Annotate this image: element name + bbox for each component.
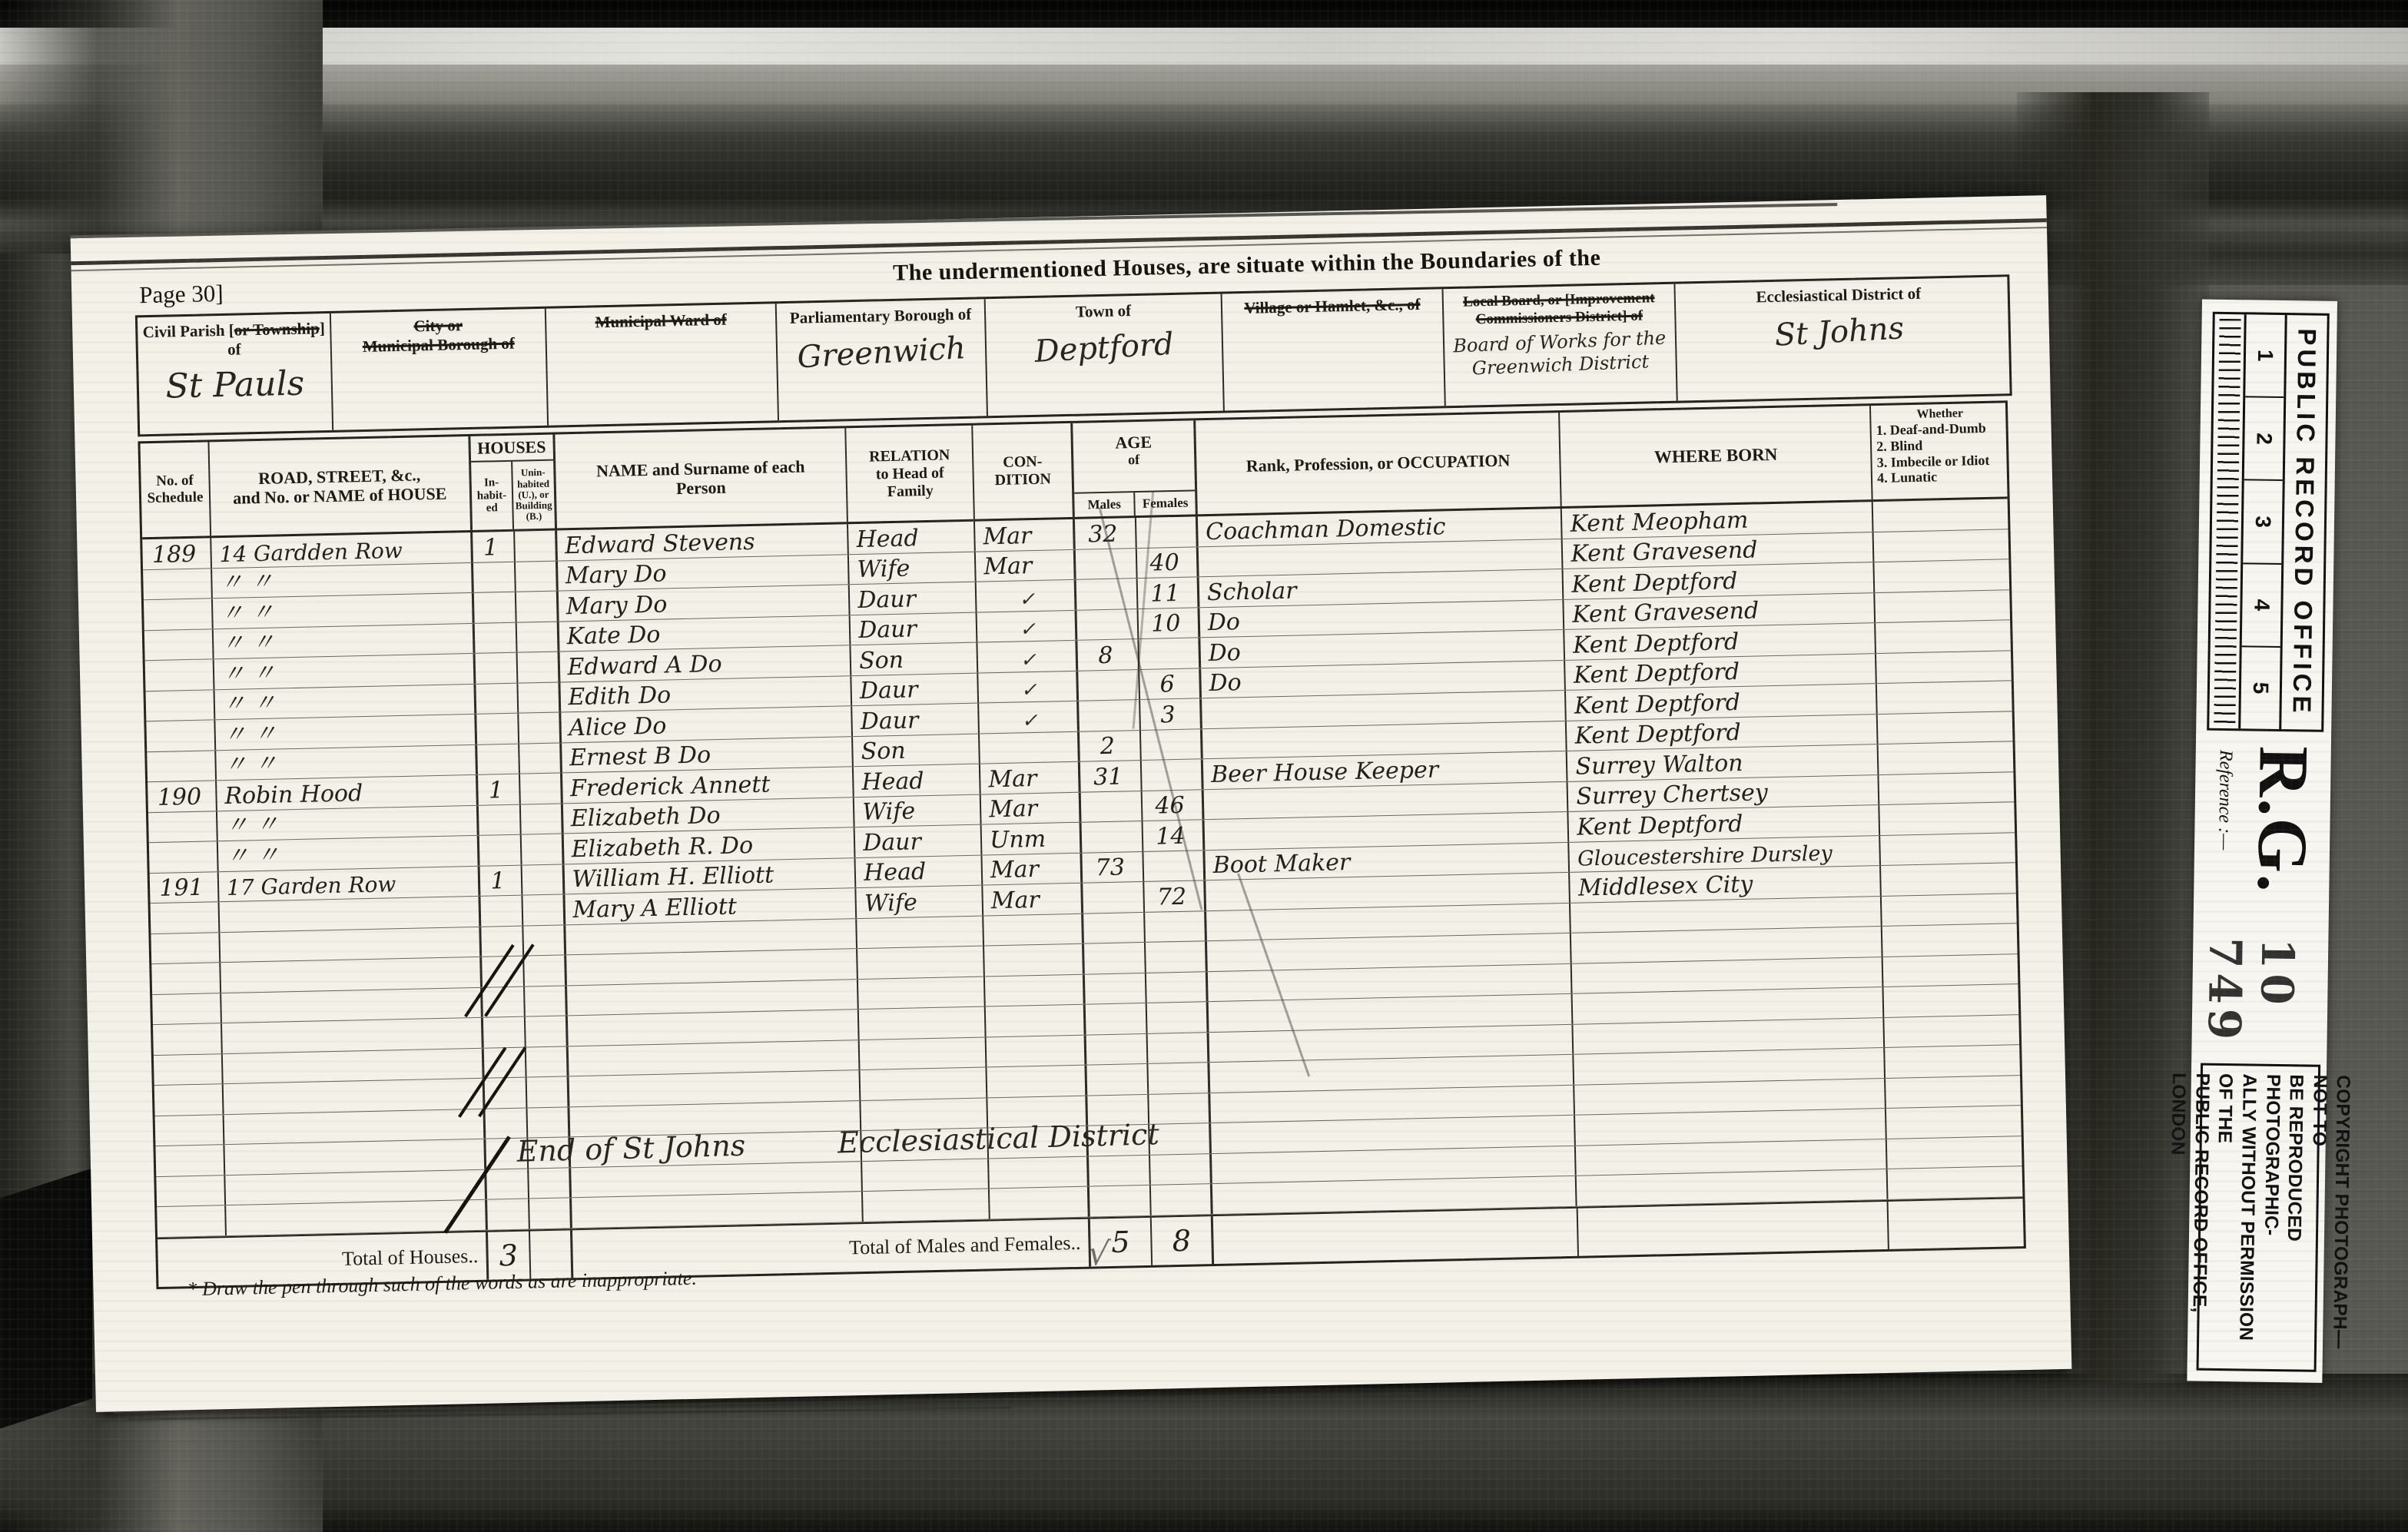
cell-schedule [147,751,217,781]
field-city-borough: City or Municipal Borough of [331,309,549,430]
series-code: R.G. [2241,745,2325,894]
totals-blank [1213,1208,1579,1263]
field-value-handwritten: Board of Works for theGreenwich District [1444,326,1676,381]
cell-schedule [144,599,214,629]
header-females: Females [1136,491,1196,516]
cell-age-male [1076,579,1139,609]
cell-schedule: 189 [142,538,212,569]
field-town: Town of Deptford [986,294,1225,416]
household-separator-slash [473,1039,566,1126]
cell-age-female [1143,851,1206,881]
header-relation: RELATION to Head of Family [847,426,975,522]
cell-infirmity [1879,802,2015,834]
cell-condition: Mar [983,884,1083,915]
header-text: of [1128,452,1139,468]
cell-condition: ✓ [979,701,1080,733]
cell-schedule [146,690,216,721]
census-document: Page 30] The undermentioned Houses, are … [71,195,2072,1412]
cell-uninhabited [515,531,558,562]
cell-condition: ✓ [977,580,1077,612]
cell-condition: Mar [981,792,1082,824]
header-text: RELATION [869,446,950,466]
cell-schedule: 191 [150,872,220,903]
ruler-number: 1 [2245,314,2285,398]
cell-uninhabited [517,652,560,682]
totals-blank [1889,1199,2024,1249]
field-label-struck: Municipal Ward of [546,309,775,333]
cell-relation: Wife [854,794,982,827]
census-scan-page: { "colors":{"paper":"#f3f1e8","film_dark… [0,0,2408,1532]
pro-reference-stamp: PUBLIC RECORD OFFICE 1 2 3 4 5 R.G. 10 7… [2187,300,2337,1383]
header-text: Schedule [147,489,203,507]
header-text: NAME and Surname of each [596,456,805,480]
header-text: CON- [1003,453,1043,472]
header-age: AGE of Males Females [1073,420,1197,516]
ruler-ticks [2214,319,2241,724]
cell-inhabited [476,714,519,744]
field-label-struck: Village or Hamlet, &c., of [1222,294,1442,318]
ruler-number: 4 [2242,564,2282,648]
header-road: ROAD, STREET, &c., and No. or NAME of HO… [209,436,472,536]
cell-schedule [149,841,219,872]
total-females-value: 8 [1152,1216,1214,1265]
field-label: Ecclesiastical District of [1676,282,2002,308]
ruler-number: 3 [2243,481,2283,565]
cell-relation: Son [851,643,979,675]
cell-condition: Mar [975,519,1076,551]
field-value-handwritten: Deptford [986,323,1222,372]
cell-road: 〃 〃 [216,744,477,780]
cell-uninhabited [522,864,565,895]
field-label-struck: or Township [234,319,320,339]
field-value-handwritten: St Johns [1676,305,2003,359]
cell-age-male [1078,670,1140,701]
header-occupation: Rank, Profession, or OCCUPATION [1196,413,1562,514]
header-condition: CON- DITION [973,423,1075,519]
cell-schedule [148,811,218,842]
totals-blank [1577,1201,1889,1255]
film-corner-wedge [0,1169,92,1429]
header-text: Person [676,478,726,499]
cell-schedule [151,902,221,933]
cell-relation: Head [848,522,976,554]
film-top-black-band [0,0,2408,28]
cell-relation: Wife [857,886,984,918]
cell-condition: ✓ [978,641,1079,672]
cell-condition: ✓ [978,671,1079,702]
piece-number: 10 749 [2197,937,2304,1054]
cell-age-male: 73 [1082,851,1144,882]
cell-uninhabited [516,561,559,592]
field-label: Parliamentary Borough of [777,304,984,328]
cell-infirmity [1876,620,2011,652]
cell-infirmity [1876,651,2012,683]
cell-uninhabited [519,743,562,774]
header-infirmity-item: 4. Lunatic [1877,468,2005,486]
cell-age-female [1142,759,1204,790]
cell-inhabited [479,804,522,835]
field-value-handwritten: Greenwich [777,330,986,376]
cell-uninhabited [520,804,563,834]
cell-relation: Daur [850,582,977,615]
cell-age-female [1139,638,1201,668]
cell-condition: Unm [982,823,1083,854]
field-label: Civil Parish [ [142,321,234,342]
pro-ruler-numbers: 1 2 3 4 5 [2238,314,2285,729]
field-parliamentary-borough: Parliamentary Borough of Greenwich [777,299,988,420]
cell-schedule [144,629,214,660]
header-text: No. of [156,473,194,490]
pro-office-label: PUBLIC RECORD OFFICE [2279,315,2327,730]
cell-inhabited: 1 [479,865,522,896]
cell-infirmity [1875,590,2010,622]
cell-age-male [1082,821,1144,852]
field-municipal-ward: Municipal Ward of [546,303,779,426]
cell-condition: Mar [980,762,1081,794]
cell-age-male [1083,882,1145,913]
cell-uninhabited [516,591,559,622]
header-males: Males [1074,492,1136,517]
cell-age-female: 11 [1138,577,1200,608]
cell-relation: Daur [852,704,980,736]
cell-uninhabited [518,682,561,713]
field-local-board: Local Board, or [Improvement Commissione… [1444,284,1678,406]
field-label: Town of [986,300,1221,324]
copyright-line: ALLY WITHOUT PERMISSION OF THE [2209,1073,2260,1369]
header-text: Rank, Profession, or OCCUPATION [1246,451,1511,476]
ruler-number: 5 [2241,647,2280,729]
cell-relation: Daur [852,673,980,705]
header-text: DITION [994,470,1051,489]
cell-infirmity [1878,711,2013,744]
cell-inhabited [474,622,517,653]
cell-inhabited [473,592,516,623]
cell-age-female: 10 [1138,608,1200,638]
cell-infirmity [1879,741,2014,774]
header-uninhabited: Unin-habited (U.), or Building (B.) [512,461,554,529]
header-text: AGE [1115,433,1152,453]
cell-age-female [1136,516,1199,547]
enumeration-table: No. of Schedule ROAD, STREET, &c., and N… [138,400,2025,1288]
header-name: NAME and Surname of each Person [555,428,848,528]
cell-infirmity [1879,772,2015,804]
cell-condition: Mar [983,853,1083,884]
cell-uninhabited [519,712,562,743]
cell-relation: Wife [849,552,977,584]
header-schedule: No. of Schedule [140,442,211,537]
field-value-handwritten: St Pauls [138,363,331,406]
cell-road: 17 Garden Row [219,866,480,901]
cell-inhabited [476,683,519,714]
header-age-subcolumns: Males Females [1074,489,1196,516]
cell-age-male: 8 [1077,639,1139,670]
page-number-label: Page 30] [139,280,224,309]
cell-infirmity [1880,833,2015,865]
cell-inhabited [477,744,520,774]
cell-uninhabited [520,773,563,804]
cell-age-female: 14 [1143,820,1205,851]
copyright-line: BE REPRODUCED PHOTOGRAPHIC- [2257,1074,2308,1370]
cell-inhabited [473,562,516,592]
copyright-notice: COPYRIGHT PHOTOGRAPH—NOT TO BE REPRODUCE… [2197,1063,2321,1372]
cell-schedule [145,659,215,690]
cell-inhabited: 1 [473,532,516,562]
cell-age-female: 6 [1139,668,1202,699]
pro-reference-block: R.G. 10 749 Reference :— [2196,745,2327,1054]
cell-relation: Son [853,734,980,766]
household-separator-slash [459,1126,553,1243]
cell-condition: ✓ [977,610,1078,642]
field-label-struck: Municipal Borough of [332,333,546,357]
cell-infirmity [1881,863,2016,895]
field-ecclesiastical-district: Ecclesiastical District of St Johns [1675,277,2003,400]
cell-road [219,897,480,932]
cell-relation: Head [854,764,981,797]
cell-age-male [1076,549,1138,579]
cell-schedule [146,720,216,751]
cell-road: 〃 〃 [218,836,479,871]
cell-schedule [143,569,213,599]
cell-uninhabited [522,894,566,925]
cell-relation: Head [856,855,983,887]
header-text: to Head of [876,464,944,483]
cell-inhabited [475,653,518,684]
cell-inhabited [479,835,522,866]
header-houses: HOUSES In-habit-ed Unin-habited (U.), or… [470,435,557,530]
cell-infirmity [1874,529,2009,562]
cell-uninhabited [521,834,564,864]
header-infirmity: Whether 1. Deaf-and-Dumb 2. Blind 3. Imb… [1871,403,2007,499]
header-text: HOUSES [477,435,546,461]
header-houses-subcolumns: In-habit-ed Unin-habited (U.), or Buildi… [471,459,555,530]
cell-relation: Daur [855,825,983,857]
ruler-number: 2 [2244,398,2284,482]
pro-ruler: PUBLIC RECORD OFFICE 1 2 3 4 5 [2207,312,2330,732]
copyright-line: COPYRIGHT PHOTOGRAPH—NOT TO [2304,1075,2355,1371]
cell-infirmity [1877,681,2012,713]
header-inhabited: In-habit-ed [471,462,514,530]
header-text: and No. or NAME of HOUSE [233,484,447,508]
household-separator-slash [479,936,573,1023]
header-text: WHERE BORN [1654,445,1778,468]
cell-age-female [1141,729,1203,760]
cell-age-male [1081,791,1143,821]
cell-condition: Mar [976,549,1076,581]
cell-inhabited [480,896,523,927]
cell-age-male: 31 [1080,761,1143,791]
cell-condition [980,731,1080,763]
copyright-line: PUBLIC RECORD OFFICE, LONDON [2162,1073,2214,1368]
cell-uninhabited [516,622,559,652]
pencil-check-mark: √ [1086,1233,1112,1275]
header-where-born: WHERE BORN [1561,406,1873,506]
field-village-hamlet: Village or Hamlet, &c., of [1222,289,1446,410]
cell-infirmity [1873,499,2008,531]
cell-relation: Daur [851,612,978,645]
cell-age-male: 2 [1080,730,1142,761]
reference-label: Reference :— [2214,750,2236,851]
cell-infirmity [1875,559,2010,592]
cell-schedule: 190 [148,781,217,811]
cell-inhabited: 1 [478,774,521,805]
field-civil-parish: Civil Parish [or Township] of St Pauls [138,313,333,434]
film-top-light-band [0,28,2408,65]
header-text: Family [887,482,933,500]
